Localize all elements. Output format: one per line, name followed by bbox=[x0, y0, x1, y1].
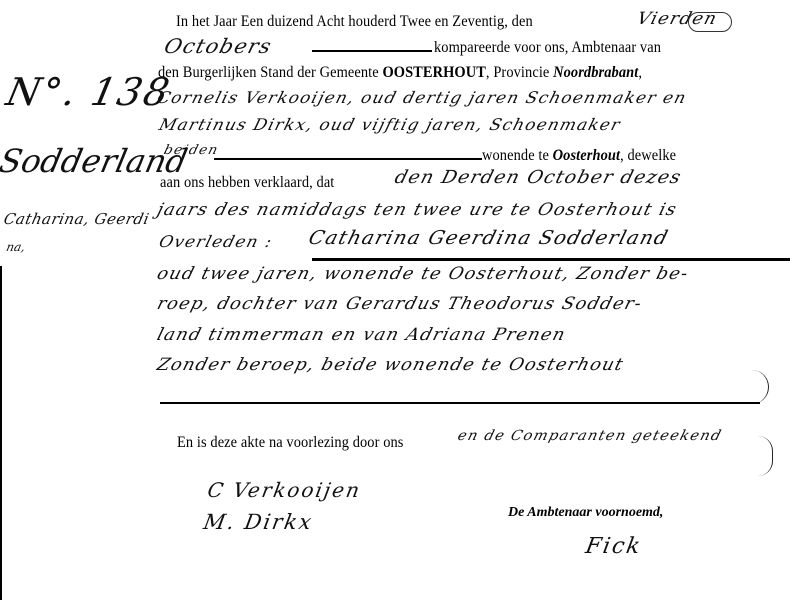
closing-hand: en de Comparanten geteekend bbox=[456, 428, 724, 444]
margin-given-names-2: na, bbox=[5, 240, 27, 254]
line-7-print: aan ons hebben verklaard, dat bbox=[160, 174, 334, 192]
comma: , bbox=[638, 64, 642, 81]
line-6-both: beiden bbox=[162, 143, 220, 158]
closing-brace bbox=[758, 436, 773, 476]
line-8-time-place: jaars des namiddags ten twee ure te Oost… bbox=[155, 200, 680, 220]
line-5-witness-2: Martinus Dirkx, oud vijftig jaren, Schoe… bbox=[157, 115, 623, 134]
municipality: OOSTERHOUT bbox=[382, 64, 485, 81]
line-2-month: Octobers bbox=[162, 34, 275, 58]
deceased-name: Catharina Geerdina Sodderland bbox=[306, 227, 671, 249]
line-13-occupation: Zonder beroep, beide wonende te Oosterho… bbox=[155, 355, 626, 375]
margin-given-names-1: Catharina, Geerdi bbox=[2, 210, 151, 228]
left-edge-line bbox=[0, 266, 2, 600]
line-10-age-residence: oud twee jaren, wonende te Oosterhout, Z… bbox=[155, 264, 691, 284]
province-label: , Provincie bbox=[486, 64, 549, 81]
line-11-father: roep, dochter van Gerardus Theodorus Sod… bbox=[155, 294, 645, 314]
official-label: De Ambtenaar voornoemd, bbox=[508, 505, 663, 521]
residing-label: wonende te bbox=[482, 147, 549, 164]
body-end-rule bbox=[160, 402, 760, 404]
civil-registry-text: den Burgerlijken Stand der Gemeente bbox=[158, 64, 379, 81]
line-7-date-of-death: den Derden October dezes bbox=[393, 167, 685, 188]
line-4-witness-1: Cornelis Verkooijen, oud dertig jaren Sc… bbox=[155, 88, 689, 107]
line-6-print: wonende te Oosterhout, dewelke bbox=[482, 147, 676, 165]
line-2-print: kompareerde voor ons, Ambtenaar van bbox=[434, 39, 661, 57]
closing-flourish bbox=[740, 370, 769, 404]
blank-fill-line-2 bbox=[214, 158, 482, 160]
province: Noordbrabant bbox=[553, 64, 638, 81]
line-9-deceased-label: Overleden : bbox=[157, 232, 275, 251]
declarant-label: , dewelke bbox=[620, 147, 676, 164]
residence-place: Oosterhout bbox=[553, 147, 620, 164]
witness-2-signature: M. Dirkx bbox=[202, 510, 315, 534]
record-number: N°. 138 bbox=[3, 70, 175, 114]
blank-fill-line bbox=[312, 50, 432, 52]
official-signature: Fick bbox=[584, 534, 644, 559]
line-12-mother: land timmerman en van Adriana Prenen bbox=[155, 325, 568, 345]
flourish bbox=[688, 12, 732, 32]
closing-print: En is deze akte na voorlezing door ons bbox=[177, 434, 403, 452]
witness-1-signature: C Verkooijen bbox=[206, 478, 363, 502]
deceased-underline bbox=[312, 258, 790, 261]
line-3-print: den Burgerlijken Stand der Gemeente OOST… bbox=[158, 64, 642, 82]
line-1-print: In het Jaar Een duizend Acht houderd Twe… bbox=[176, 13, 533, 31]
